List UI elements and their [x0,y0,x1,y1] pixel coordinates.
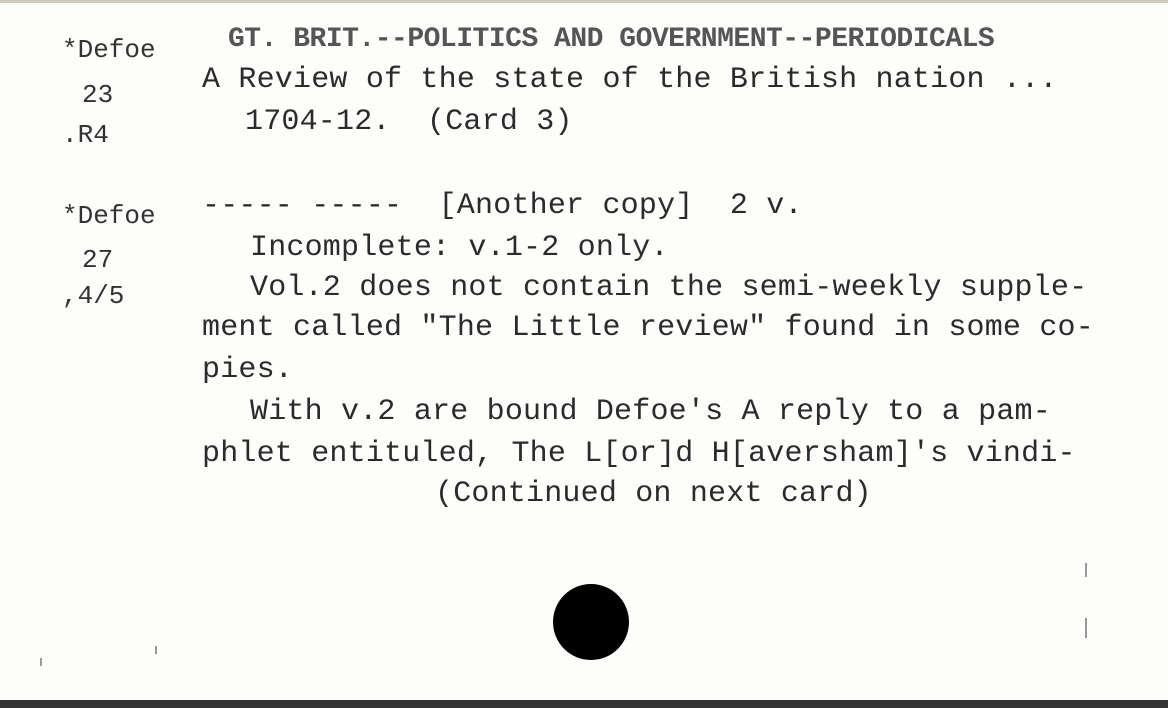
another-copy-line: ----- ----- [Another copy] 2 v. [202,189,803,223]
note-line: ment called "The Little review" found in… [202,311,1094,345]
note-line: With v.2 are bound Defoe's A reply to a … [250,395,1051,429]
note-line: Incomplete: v.1-2 only. [250,231,669,265]
call-number-line-1: *Defoe [62,33,156,67]
catalog-card: *Defoe 23 .R4 GT. BRIT.--POLITICS AND GO… [0,0,1168,706]
card-punch-hole [553,584,629,660]
note-line: pies. [202,353,293,387]
imprint-line: 1704-12. (Card 3) [245,105,573,139]
call-number-line-2: 27 [82,243,113,277]
call-number-line-2: 23 [82,78,113,112]
note-line: Vol.2 does not contain the semi-weekly s… [250,271,1087,305]
note-line: phlet entituled, The L[or]d H[aversham]'… [202,437,1076,471]
card-bottom-edge [0,700,1168,708]
speck [1085,563,1087,577]
speck [1085,618,1087,638]
call-number-line-1: *Defoe [62,199,156,233]
call-number-line-3: ,4/5 [62,279,124,313]
subject-heading: GT. BRIT.--POLITICS AND GOVERNMENT--PERI… [228,23,994,57]
call-number-line-3: .R4 [62,118,109,152]
speck [155,646,157,654]
speck [40,658,42,666]
title-line: A Review of the state of the British nat… [202,63,1058,97]
continued-note: (Continued on next card) [435,477,872,511]
